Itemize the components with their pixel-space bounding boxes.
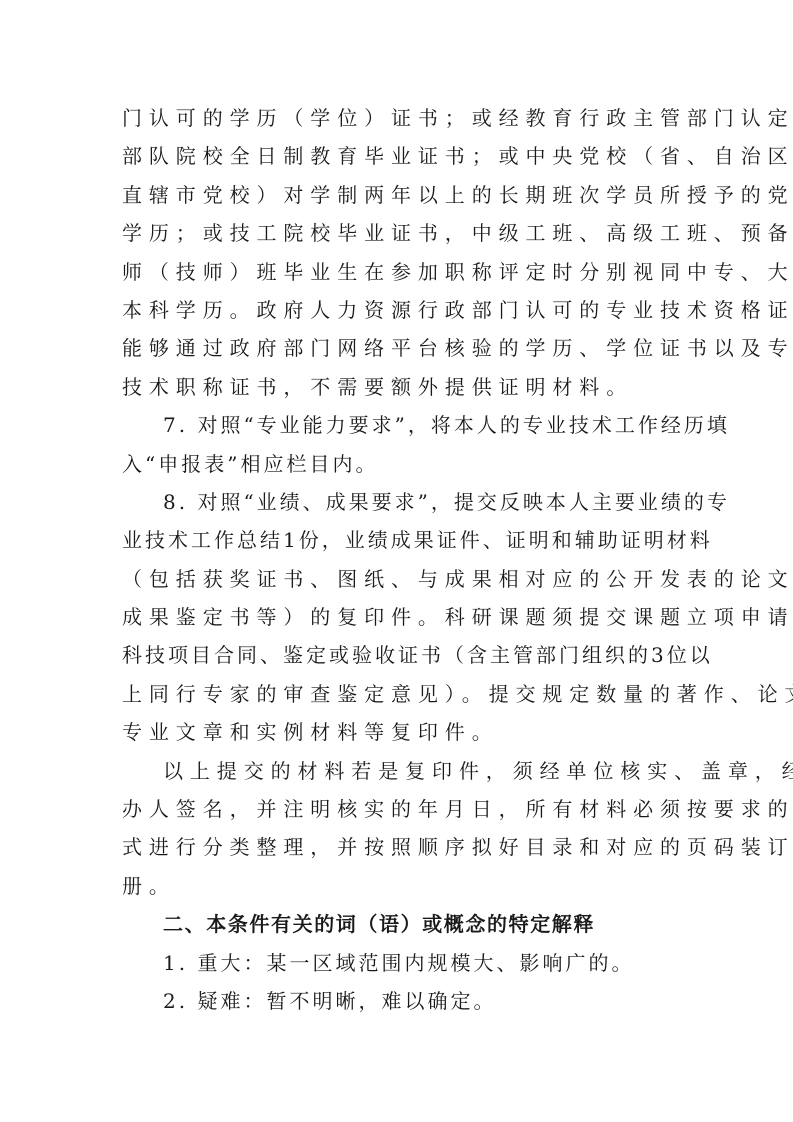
section-heading: 二、本条件有关的词（语）或概念的特定解释: [122, 905, 674, 943]
definition-item: 1. 重大：某一区域范围内规模大、影响广的。: [122, 944, 674, 982]
text-line: 以上提交的材料若是复印件，须经单位核实、盖章，经: [122, 752, 674, 790]
text-line: 技术职称证书，不需要额外提供证明材料。: [122, 368, 674, 406]
paragraph-item-7: 7. 对照“专业能力要求”，将本人的专业技术工作经历填 入“申报表”相应栏目内。: [122, 406, 674, 483]
text-line: 办人签名，并注明核实的年月日，所有材料必须按要求的格: [122, 790, 674, 828]
text-line: 科技项目合同、鉴定或验收证书（含主管部门组织的3位以: [122, 636, 674, 674]
definitions-list: 1. 重大：某一区域范围内规模大、影响广的。 2. 疑难：暂不明晰，难以确定。: [122, 944, 674, 1021]
paragraph-copies-note: 以上提交的材料若是复印件，须经单位核实、盖章，经 办人签名，并注明核实的年月日，…: [122, 752, 674, 906]
text-line: 师（技师）班毕业生在参加职称评定时分别视同中专、大专、: [122, 253, 674, 291]
text-line: 能够通过政府部门网络平台核验的学历、学位证书以及专业: [122, 329, 674, 367]
text-line: 成果鉴定书等）的复印件。科研课题须提交课题立项申请表、: [122, 598, 674, 636]
text-line: 学历；或技工院校毕业证书，中级工班、高级工班、预备技: [122, 214, 674, 252]
paragraph-education-certificates: 门认可的学历（学位）证书；或经教育行政主管部门认定的 部队院校全日制教育毕业证书…: [122, 99, 674, 406]
text-line: 上同行专家的审查鉴定意见）。提交规定数量的著作、论文、: [122, 675, 674, 713]
paragraph-item-8: 8. 对照“业绩、成果要求”，提交反映本人主要业绩的专 业技术工作总结1份，业绩…: [122, 483, 674, 752]
document-page: 门认可的学历（学位）证书；或经教育行政主管部门认定的 部队院校全日制教育毕业证书…: [122, 99, 674, 1020]
text-line: 8. 对照“业绩、成果要求”，提交反映本人主要业绩的专: [122, 483, 674, 521]
text-line: 门认可的学历（学位）证书；或经教育行政主管部门认定的: [122, 99, 674, 137]
text-line: 部队院校全日制教育毕业证书；或中央党校（省、自治区、: [122, 137, 674, 175]
definition-item: 2. 疑难：暂不明晰，难以确定。: [122, 982, 674, 1020]
text-line: 专业文章和实例材料等复印件。: [122, 713, 674, 751]
text-line: 入“申报表”相应栏目内。: [122, 445, 674, 483]
text-line: 7. 对照“专业能力要求”，将本人的专业技术工作经历填: [122, 406, 674, 444]
text-line: 直辖市党校）对学制两年以上的长期班次学员所授予的党校: [122, 176, 674, 214]
text-line: 册。: [122, 867, 674, 905]
text-line: 业技术工作总结1份，业绩成果证件、证明和辅助证明材料: [122, 521, 674, 559]
text-line: 式进行分类整理，并按照顺序拟好目录和对应的页码装订成: [122, 828, 674, 866]
text-line: （包括获奖证书、图纸、与成果相对应的公开发表的论文、: [122, 560, 674, 598]
text-line: 本科学历。政府人力资源行政部门认可的专业技术资格证书。: [122, 291, 674, 329]
